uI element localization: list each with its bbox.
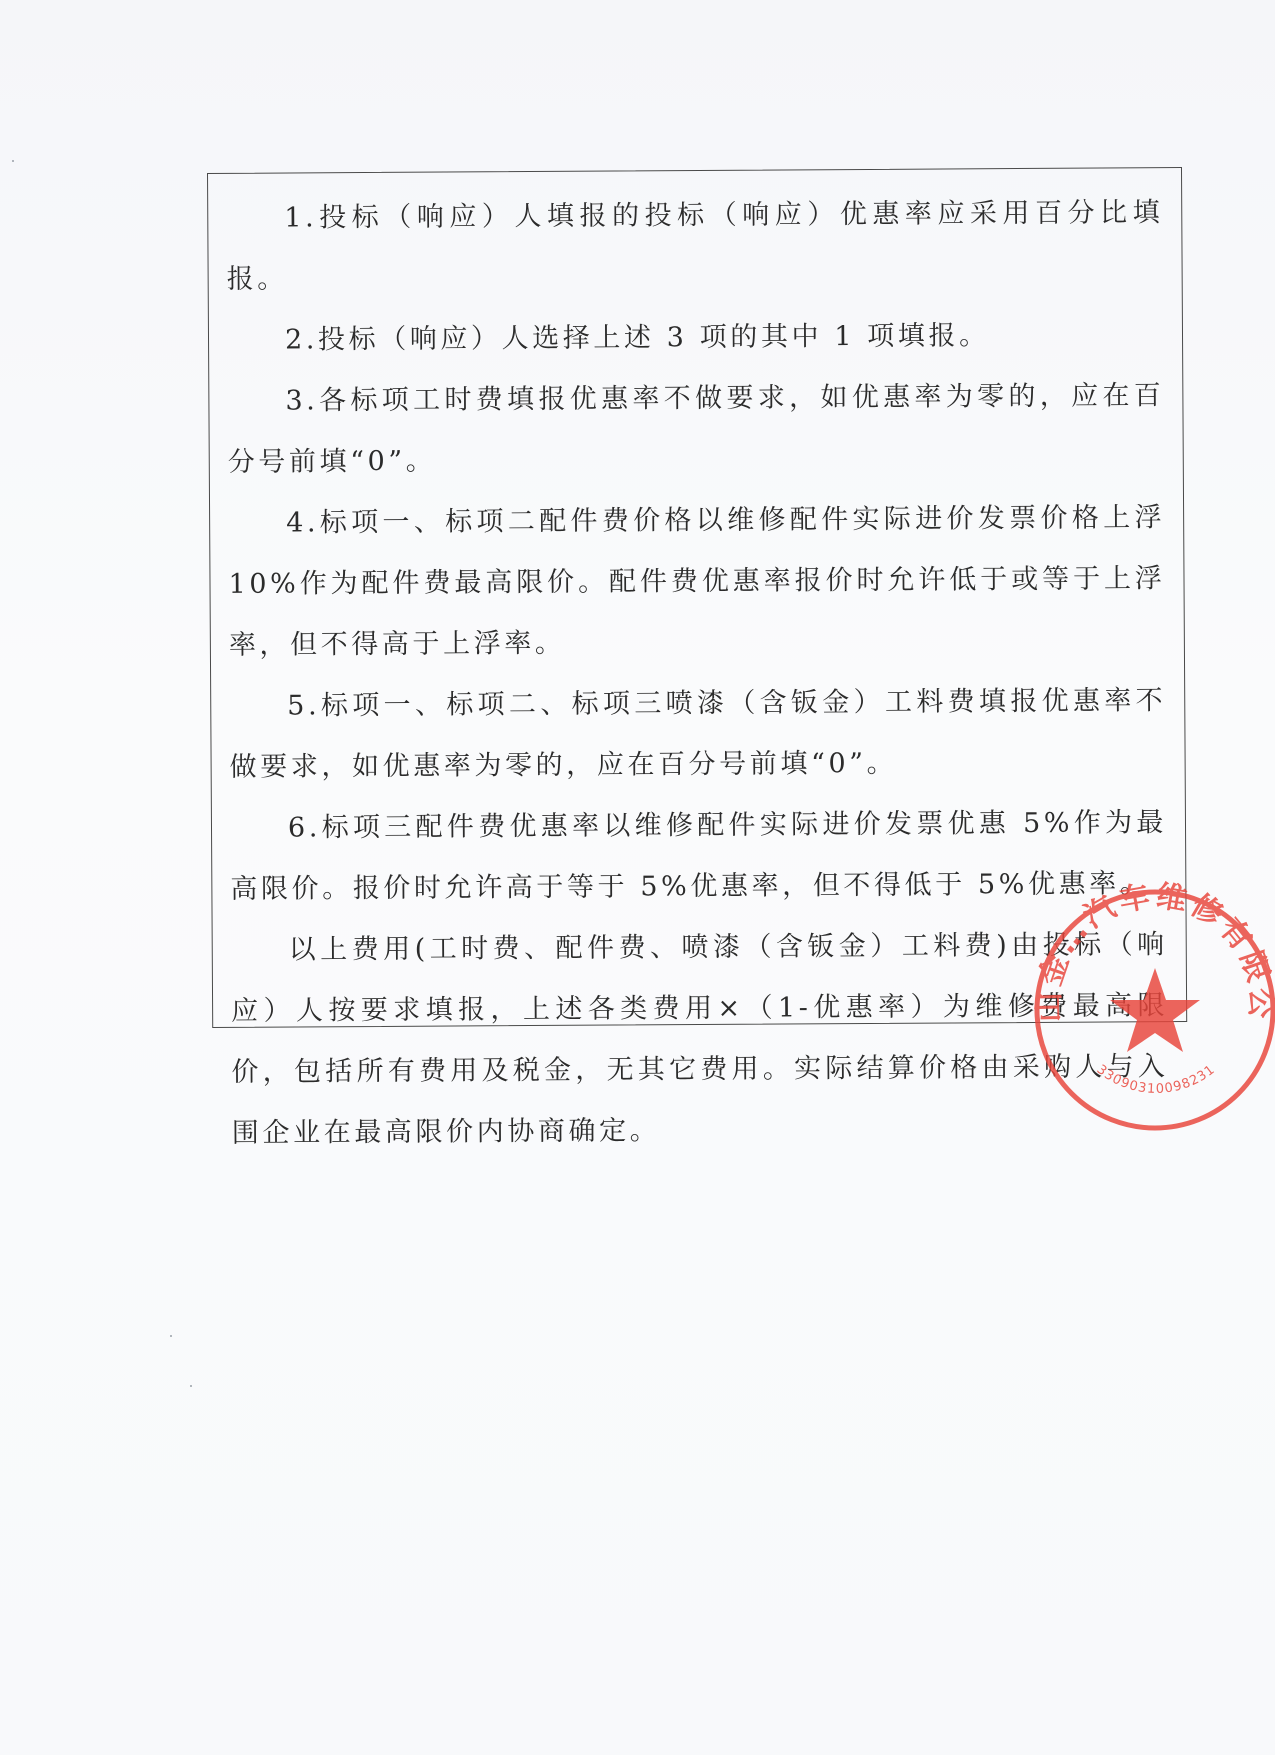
note-3: 3.各标项工时费填报优惠率不做要求，如优惠率为零的，应在百分号前填“0”。 (227, 365, 1165, 493)
scan-speck (170, 1335, 172, 1337)
notes-content: 1.投标（响应）人填报的投标（响应）优惠率应采用百分比填报。 2.投标（响应）人… (226, 182, 1169, 1164)
note-summary: 以上费用(工时费、配件费、喷漆（含钣金）工料费)由投标（响应）人按要求填报，上述… (231, 914, 1169, 1164)
note-4: 4.标项一、标项二配件费价格以维修配件实际进价发票价格上浮 10%作为配件费最高… (228, 487, 1166, 676)
note-2: 2.投标（响应）人选择上述 3 项的其中 1 项填报。 (227, 304, 1164, 371)
scan-speck (12, 160, 14, 162)
note-6: 6.标项三配件费优惠率以维修配件实际进价发票优惠 5%作为最高限价。报价时允许高… (230, 792, 1168, 920)
note-1: 1.投标（响应）人填报的投标（响应）优惠率应采用百分比填报。 (226, 182, 1164, 310)
notes-box: 1.投标（响应）人填报的投标（响应）优惠率应采用百分比填报。 2.投标（响应）人… (207, 167, 1187, 1028)
note-5: 5.标项一、标项二、标项三喷漆（含钣金）工料费填报优惠率不做要求，如优惠率为零的… (229, 670, 1167, 798)
scan-speck (190, 1385, 192, 1387)
scanned-page: 1.投标（响应）人填报的投标（响应）优惠率应采用百分比填报。 2.投标（响应）人… (0, 0, 1275, 1755)
